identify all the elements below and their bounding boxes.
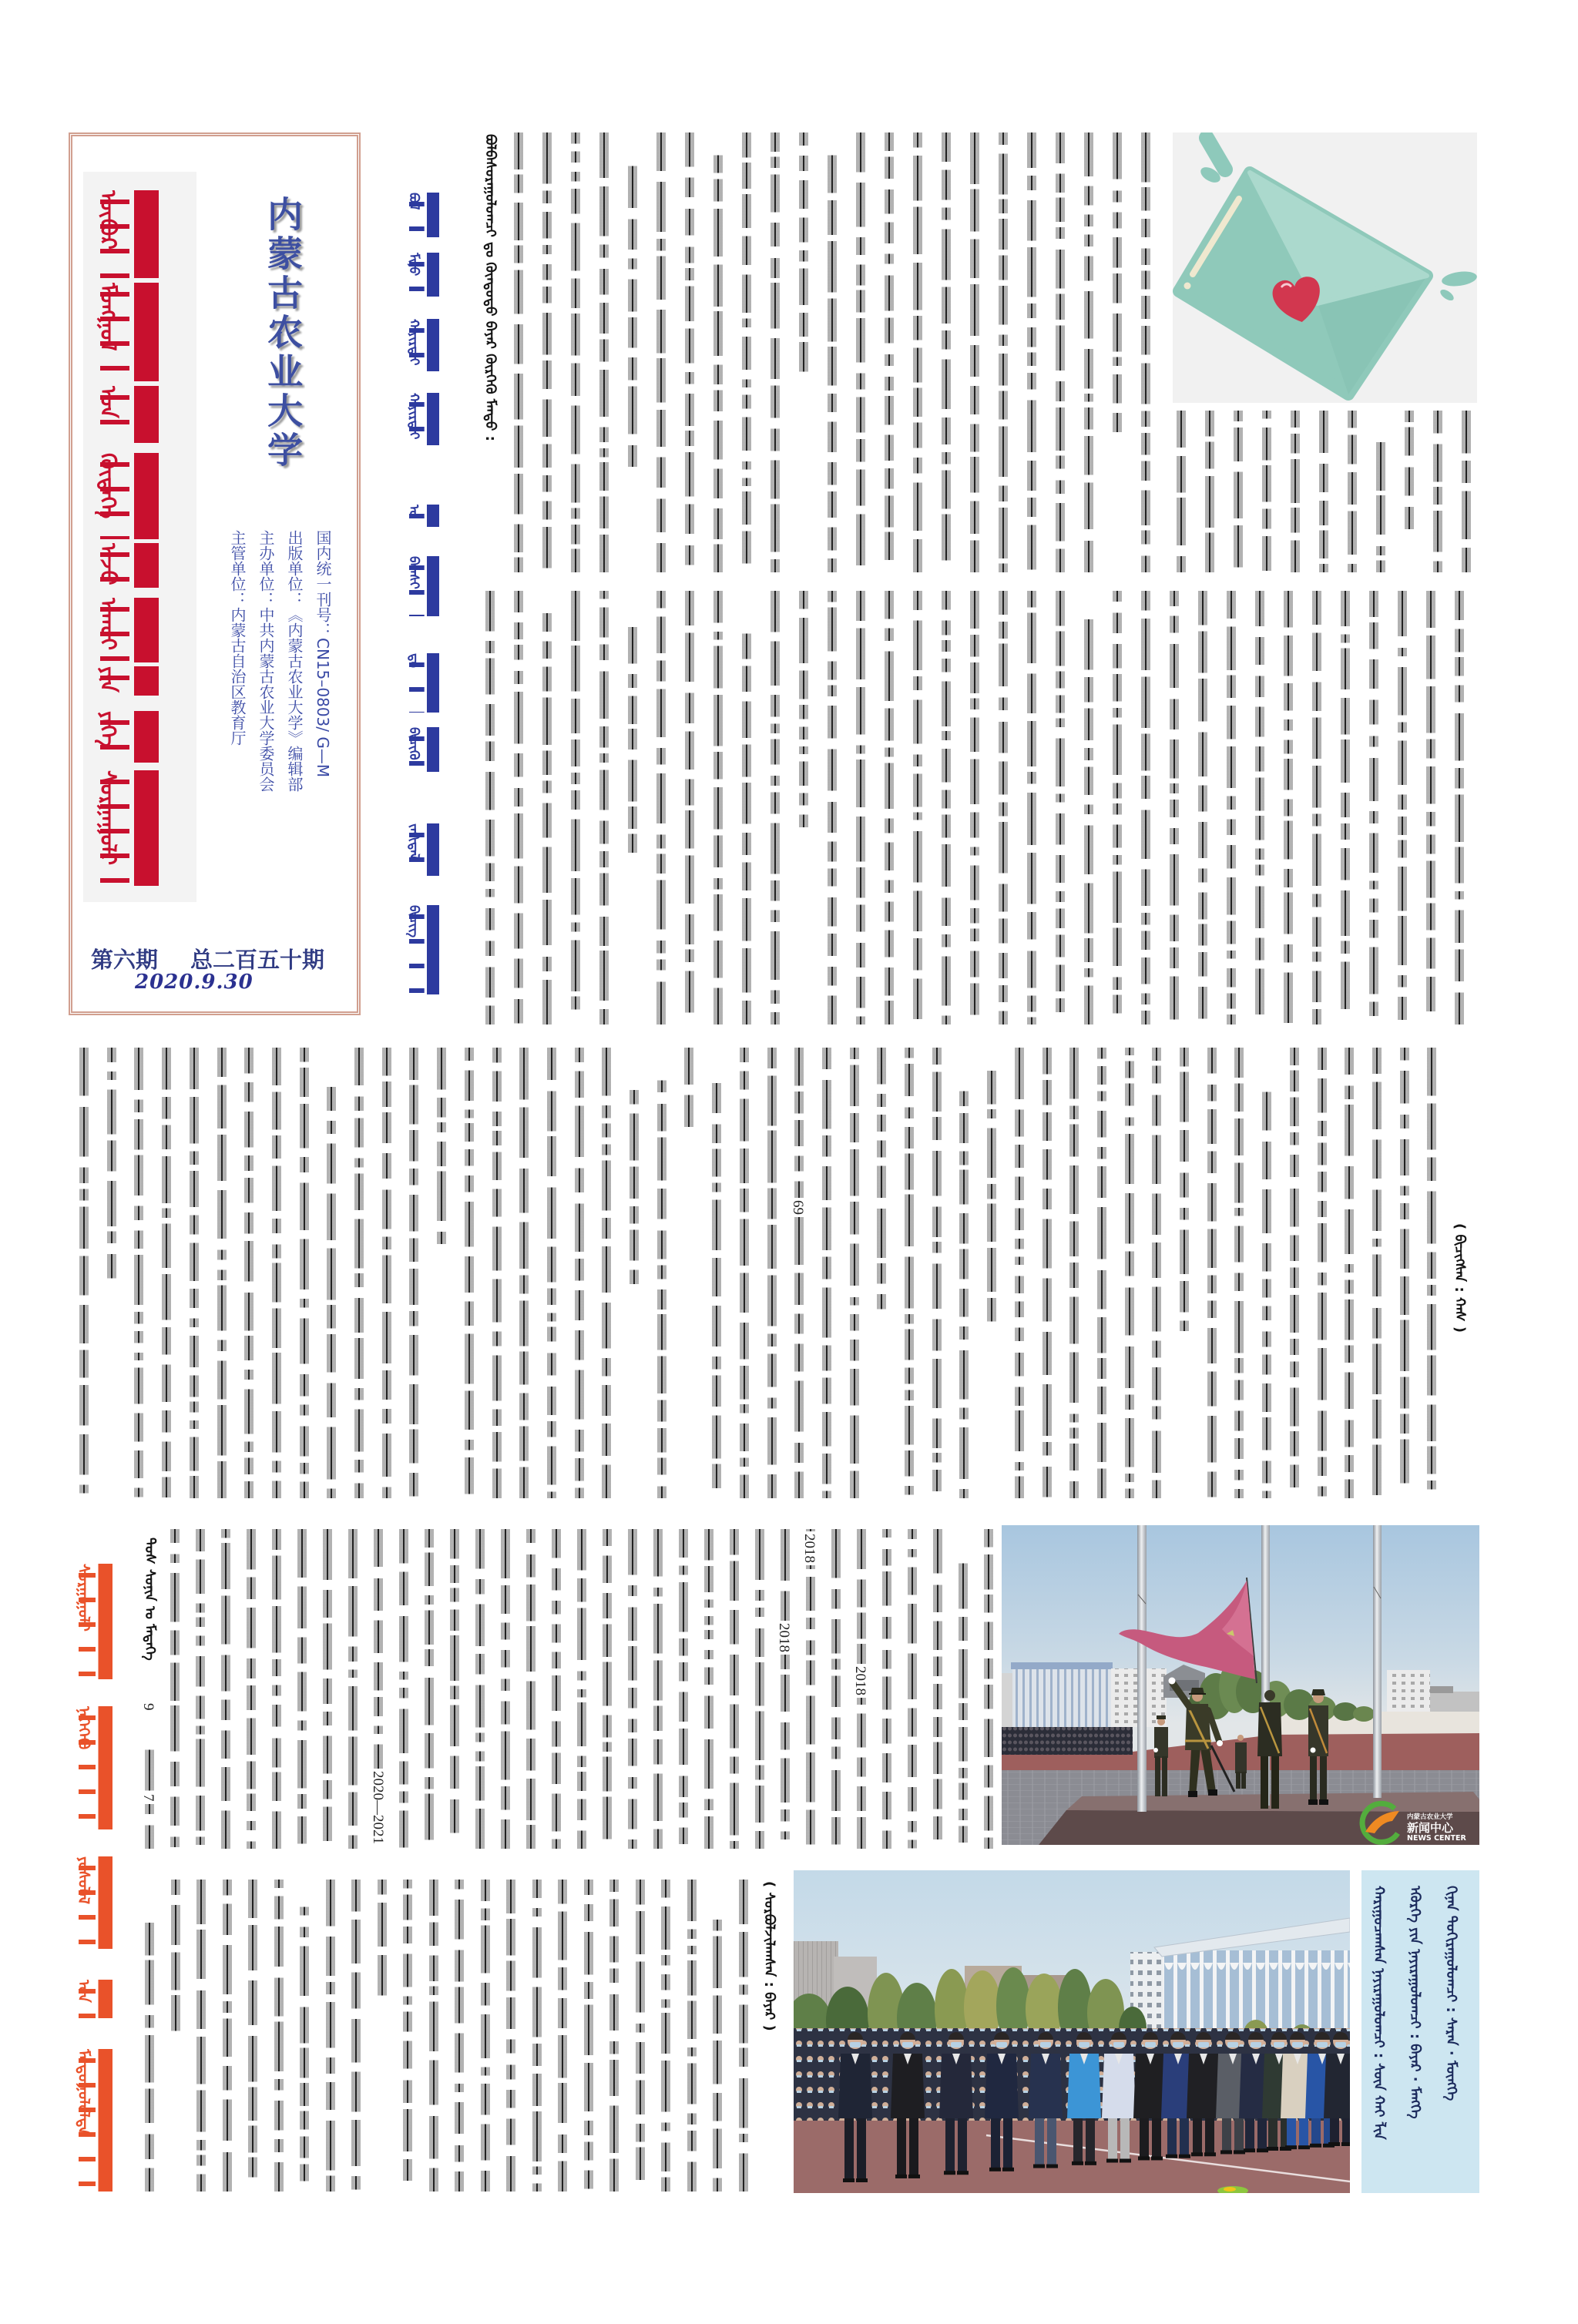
text-column — [711, 132, 724, 572]
text-column — [219, 1529, 231, 1849]
supervisor: 主管单位：内蒙古自治区教育厅 — [223, 530, 251, 853]
text-column — [1025, 132, 1037, 572]
text-column — [957, 1048, 969, 1498]
top-article-body-lower — [483, 591, 1485, 1025]
text-column — [655, 1048, 667, 1498]
text-column — [825, 132, 838, 572]
text-column — [499, 1529, 511, 1849]
credit-line: ᠬᠠᠷᠢᠭᠤᠴᠠᠭᠰᠠᠨ ᠨᠠᠶᠢᠷᠠᠭᠤᠯᠤᠭᠴᠢ : ᠰᠦᠨ ᠬᠠᠢ ᠯᠢᠨ — [1369, 1886, 1388, 2182]
top-article-body-upper-right — [1174, 411, 1479, 572]
text-column — [792, 1048, 804, 1498]
text-column — [375, 1880, 388, 2192]
text-column — [272, 1880, 284, 2192]
inline-month-number: 9 — [141, 1701, 155, 1713]
text-column — [875, 1048, 887, 1498]
text-column — [569, 591, 581, 1025]
text-column — [682, 1048, 694, 1498]
text-column — [829, 1529, 841, 1849]
text-column — [880, 1529, 892, 1849]
text-column — [1203, 411, 1215, 572]
text-column — [215, 1048, 227, 1498]
headline-word: ᠥᠪᠥᠷ — [92, 190, 180, 278]
text-column — [710, 1880, 723, 2192]
text-column — [512, 591, 524, 1025]
text-column — [702, 1529, 714, 1849]
text-column — [911, 132, 923, 572]
inline-year: 2018 — [777, 1621, 791, 1655]
text-column — [270, 1048, 282, 1498]
crowd — [1002, 1727, 1133, 1755]
text-column — [220, 1880, 233, 2192]
text-column — [651, 1529, 663, 1849]
headline-word: ᠶᠣᠰᠣᠯᠠᠯ — [74, 1856, 125, 1949]
text-column — [193, 1529, 206, 1849]
text-column — [270, 1529, 282, 1849]
credit-line: ᠡᠭᠦᠷᠭᠡ ᠶᠢᠨ ᠨᠠᠶᠢᠷᠠᠭᠤᠯᠤᠭᠴᠢ : ᠪᠠᠶᠠᠷ · ᠮᠡᠩᠬᠡ — [1405, 1886, 1424, 2182]
headline-word: ᠶᠢᠨ — [92, 666, 180, 696]
text-column — [297, 1048, 310, 1498]
text-column — [575, 1529, 587, 1849]
text-column — [626, 1529, 638, 1849]
text-column — [1232, 1048, 1244, 1498]
text-column — [1053, 132, 1066, 572]
envelope-heart-icon — [1173, 132, 1477, 403]
text-column — [407, 1048, 419, 1498]
inline-day-number: 7 — [141, 1792, 155, 1804]
text-column — [825, 591, 838, 1025]
text-column — [1281, 591, 1294, 1025]
text-column — [1402, 411, 1415, 572]
text-column — [187, 1048, 200, 1498]
text-column — [1395, 591, 1408, 1025]
text-column — [582, 1880, 594, 2192]
text-column — [804, 1529, 816, 1849]
text-column — [168, 1529, 180, 1849]
text-column — [1150, 1048, 1162, 1498]
text-column — [597, 591, 609, 1025]
watermark-org-text: 内蒙古农业大学 — [1407, 1813, 1453, 1821]
text-column — [159, 1048, 172, 1498]
text-column — [996, 132, 1009, 572]
text-column — [1139, 591, 1151, 1025]
text-column — [1167, 591, 1180, 1025]
text-column — [1398, 1048, 1410, 1498]
text-column — [1367, 591, 1379, 1025]
text-column — [768, 132, 781, 572]
text-column — [346, 1529, 358, 1849]
text-column — [931, 1529, 943, 1849]
text-column — [597, 132, 609, 572]
text-column — [194, 1880, 206, 2192]
watermark-english-text: NEWS CENTER — [1407, 1834, 1466, 1843]
headline-word: ᠠᠬᠤᠢ — [92, 598, 180, 662]
mongolian-masthead-title: ᠥᠪᠥᠷᠮᠣᠩᠭᠣᠯᠤᠨᠬᠥᠳᠡᠭᠡᠠᠵᠤᠠᠬᠤᠢᠶᠢᠨᠶᠡᠬᠡᠰᠤᠷᠭᠠᠭᠤᠯ… — [92, 185, 180, 890]
text-column — [540, 132, 552, 572]
bottom-article-headline: ᠰᠤᠷᠭᠠᠭᠤᠯᠢᠨᠡᠭᠡᠭᠡᠬᠦᠶᠣᠰᠣᠯᠠᠯᠤᠨᠮᠠᠨᠳᠤᠭᠤᠯᠤᠯᠲᠠ — [74, 1564, 125, 2192]
text-column — [295, 1529, 307, 1849]
text-column — [1370, 1048, 1382, 1498]
text-column — [401, 1880, 413, 2192]
text-column — [1053, 591, 1066, 1025]
text-column — [1095, 1048, 1107, 1498]
text-column — [556, 1880, 568, 2192]
text-column — [473, 1529, 485, 1849]
text-column — [483, 591, 495, 1025]
text-column — [478, 1880, 491, 2192]
text-column — [517, 1048, 529, 1498]
text-column — [939, 591, 952, 1025]
text-column — [352, 1048, 364, 1498]
headline-word: ᠪᠠᠭᠰᠢ — [405, 556, 450, 616]
text-column — [797, 591, 809, 1025]
text-column — [1174, 411, 1187, 572]
text-column — [902, 1048, 915, 1498]
text-column — [143, 1719, 155, 1849]
publication-info: 国内统一刊号：CN15–0803/ G—M 出版单位：《内蒙古农业大学》编辑部 … — [221, 530, 337, 853]
issue-date: 2020.9.30 — [135, 971, 253, 994]
headline-word: ᠪᠢᠴᠢᠭ — [405, 905, 450, 994]
text-column — [820, 1048, 832, 1498]
text-column — [882, 591, 895, 1025]
text-column — [765, 1048, 777, 1498]
text-column — [572, 1048, 585, 1498]
text-column — [740, 132, 752, 572]
text-column — [169, 1880, 181, 2192]
headline-word: ᠠᠵᠤ — [92, 543, 180, 588]
newspaper-page: 内蒙古农业大学 国内统一刊号：CN15–0803/ G—M 出版单位：《内蒙古农… — [0, 0, 1578, 2324]
text-column — [996, 591, 1009, 1025]
text-column — [524, 1529, 536, 1849]
publisher: 出版单位：《内蒙古农业大学》编辑部 — [280, 530, 308, 853]
text-column — [1110, 591, 1123, 1025]
ceremony-crowd-photo — [794, 1870, 1350, 2193]
flag-raising-photo: 内蒙古农业大学 新闻中心 NEWS CENTER — [1002, 1525, 1479, 1845]
inline-year: 2018 — [802, 1531, 816, 1565]
text-column — [545, 1048, 557, 1498]
text-column — [1040, 1048, 1053, 1498]
text-column — [297, 1880, 310, 2192]
text-column — [1342, 1048, 1355, 1498]
text-column — [797, 132, 809, 572]
text-column — [1260, 1048, 1272, 1498]
inline-academic-year: 2020—2021 — [371, 1769, 384, 1846]
text-column — [512, 132, 524, 572]
text-column — [1224, 591, 1237, 1025]
text-column — [1315, 1048, 1328, 1498]
text-column — [452, 1880, 465, 2192]
text-column — [462, 1048, 475, 1498]
text-column — [711, 591, 724, 1025]
text-column — [778, 1529, 791, 1849]
headline-word: ᠮᠠᠨᠳᠤᠭᠤᠯᠤᠯᠲᠠ — [74, 2049, 125, 2192]
watermark-name-text: 新闻中心 — [1407, 1821, 1454, 1835]
headline-word: ᠪᠣᠯ — [405, 193, 450, 237]
text-column — [911, 591, 923, 1025]
text-column — [569, 132, 581, 572]
text-column — [246, 1880, 258, 2192]
text-column — [105, 1048, 117, 1498]
text-column — [677, 1529, 689, 1849]
ceremony-crowd-photo-image — [794, 1870, 1350, 2193]
text-column — [753, 1529, 765, 1849]
top-article-body-upper-left — [512, 132, 1159, 572]
text-column — [626, 591, 638, 1025]
text-column — [737, 1048, 750, 1498]
text-column — [427, 1880, 439, 2192]
envelope-illustration — [1173, 132, 1477, 403]
text-column — [132, 1048, 144, 1498]
top-article-lead: ᠪᠣᠯᠪᠠᠰᠤᠷᠠᠭᠤᠯᠤᠭᠴᠢ ᠳᠤ ᠬᠦᠨᠳᠦᠲᠦ ᠪᠠᠶᠠᠷ ᠬᠦᠷᠭᠡᠬ… — [482, 134, 498, 550]
headline-word: ᠤ — [405, 505, 450, 527]
text-column — [1345, 411, 1358, 572]
text-column — [1139, 132, 1151, 572]
text-column — [659, 1880, 671, 2192]
bottom-article-byline: ( ᠰᠤᠷᠪᠤᠯᠵᠢᠯᠠᠭᠰᠠᠨ : ᠪᠠᠶᠠᠷ ) — [761, 1881, 777, 2191]
text-column — [1288, 411, 1301, 572]
text-column — [1338, 591, 1351, 1025]
headline-word: ᠬᠠᠶᠢᠷᠲᠠᠢ — [405, 319, 450, 371]
headline-word: ᠪᠢᠴᠢᠬᠦ — [405, 727, 450, 772]
text-column — [1205, 1048, 1217, 1498]
text-column — [490, 1048, 502, 1498]
text-column — [854, 591, 866, 1025]
flag-raising-photo-image: 内蒙古农业大学 新闻中心 NEWS CENTER — [1002, 1525, 1479, 1845]
text-column — [633, 1880, 646, 2192]
bottom-article-body-upper — [168, 1529, 996, 1849]
text-column — [939, 132, 952, 572]
text-column — [985, 1048, 997, 1498]
text-column — [905, 1529, 918, 1849]
text-column — [242, 1048, 254, 1498]
bottom-article-dateline: ᠲᠤᠰ ᠰᠣᠨᠢᠨ ᠤ ᠮᠡᠳᠡᠭᠡ — [142, 1538, 157, 1701]
headline-word: ᠤᠨ — [92, 386, 180, 443]
text-column — [77, 1048, 89, 1498]
headline-word: ᠳᠤ — [405, 653, 450, 713]
text-column — [1123, 1048, 1135, 1498]
middle-article-byline: ( ᠪᠢᠴᠢᠭᠰᠡᠨ : ᠬᠠᠰ ) — [1452, 1223, 1467, 1512]
headline-word: ᠶᠡᠬᠡ — [92, 711, 180, 763]
text-column — [607, 1880, 619, 2192]
text-column — [737, 1880, 749, 2192]
text-column — [710, 1048, 722, 1498]
text-column — [1177, 1048, 1190, 1498]
text-column — [685, 1880, 697, 2192]
text-column — [1317, 411, 1329, 572]
credit-line: ᠬᠢᠨᠠᠨ ᠲᠣᠬᠢᠷᠠᠭᠤᠯᠤᠭᠴᠢ : ᠰᠠᠷᠠᠨ · ᠮᠥᠩᠬᠡ — [1442, 1886, 1460, 2182]
text-column — [397, 1529, 409, 1849]
text-column — [143, 1880, 155, 2192]
headline-word: ᠤᠨ — [74, 1980, 125, 2018]
text-column — [882, 132, 895, 572]
text-column — [956, 1529, 969, 1849]
headline-word: ᠮᠣᠩᠭᠣᠯ — [92, 283, 180, 381]
text-column — [654, 132, 666, 572]
text-column — [530, 1880, 542, 2192]
text-column — [930, 1048, 942, 1498]
text-column — [727, 1529, 740, 1849]
text-column — [968, 132, 980, 572]
text-column — [1425, 1048, 1437, 1498]
text-column — [324, 1048, 337, 1498]
text-column — [1459, 411, 1472, 572]
sponsor: 主办单位：中共内蒙古农业大学委员会 — [251, 530, 280, 853]
total-issue-number: 总二百五十期 — [190, 943, 324, 974]
editorial-credits-box: ᠬᠠᠷᠢᠭᠤᠴᠠᠭᠰᠠᠨ ᠨᠠᠶᠢᠷᠠᠭᠤᠯᠤᠭᠴᠢ : ᠰᠦᠨ ᠬᠠᠢ ᠯᠢᠨ… — [1361, 1870, 1479, 2193]
text-column — [968, 591, 980, 1025]
headline-word: ᠰᠤᠷᠭᠠᠭᠤᠯᠢ — [92, 770, 180, 886]
text-column — [244, 1529, 257, 1849]
text-column — [1431, 411, 1443, 572]
text-column — [321, 1529, 333, 1849]
registration-number: 国内统一刊号：CN15–0803/ G—M — [308, 530, 337, 853]
text-column — [349, 1880, 361, 2192]
text-column — [549, 1529, 562, 1849]
text-column — [1374, 411, 1386, 572]
text-column — [683, 591, 695, 1025]
issue-number: 第六期 — [91, 943, 158, 974]
text-column — [422, 1529, 435, 1849]
text-column — [1424, 591, 1436, 1025]
middle-article-body — [77, 1048, 1456, 1498]
text-column — [435, 1048, 447, 1498]
text-column — [626, 132, 638, 572]
text-column — [1082, 591, 1094, 1025]
text-column — [600, 1529, 613, 1849]
text-column — [1310, 591, 1322, 1025]
top-article-headline: ᠪᠣᠯᠮᠢᠨᠦᠬᠠᠶᠢᠷᠲᠠᠢᠬᠠᠶᠢᠷᠲᠠᠢᠤᠪᠠᠭᠰᠢᠳᠤᠪᠢᠴᠢᠬᠦᠵᠠᠬ… — [405, 193, 450, 998]
headline-word: ᠮᠢᠨᠦ — [405, 253, 450, 297]
text-column — [1288, 1048, 1300, 1498]
text-column — [848, 1048, 860, 1498]
text-column — [380, 1048, 392, 1498]
text-column — [504, 1880, 516, 2192]
text-column — [540, 591, 552, 1025]
headline-word: ᠬᠥᠳᠡᠭᠡ — [92, 453, 180, 539]
text-column — [1196, 591, 1208, 1025]
text-column — [1012, 1048, 1025, 1498]
text-column — [1253, 591, 1265, 1025]
text-column — [683, 132, 695, 572]
headline-word: ᠬᠠᠶᠢᠷᠲᠠᠢ — [405, 393, 450, 445]
text-column — [324, 1880, 336, 2192]
bottom-article-body-lower — [143, 1880, 751, 2192]
text-column — [1231, 411, 1244, 572]
text-column — [1260, 411, 1272, 572]
text-column — [627, 1048, 640, 1498]
text-column — [1025, 591, 1037, 1025]
text-column — [768, 591, 781, 1025]
text-column — [654, 591, 666, 1025]
text-column — [1082, 132, 1094, 572]
text-column — [599, 1048, 612, 1498]
text-column — [1110, 132, 1123, 572]
text-column — [854, 132, 866, 572]
text-column — [1452, 591, 1465, 1025]
text-column — [1067, 1048, 1079, 1498]
bottom-article-body-first-column — [143, 1719, 158, 1849]
headline-word: ᠨᠡᠭᠡᠭᠡᠬᠦ — [74, 1706, 125, 1829]
text-column — [982, 1529, 994, 1849]
chinese-title: 内蒙古农业大学 — [260, 196, 305, 478]
text-column — [448, 1529, 460, 1849]
inline-year: 2018 — [853, 1664, 867, 1698]
text-column — [740, 591, 752, 1025]
headline-word: ᠵᠠᠬᠢᠳᠠᠯ — [405, 823, 450, 876]
headline-word: ᠰᠤᠷᠭᠠᠭᠤᠯᠢ — [74, 1564, 125, 1679]
inline-number: 69 — [791, 1198, 804, 1217]
